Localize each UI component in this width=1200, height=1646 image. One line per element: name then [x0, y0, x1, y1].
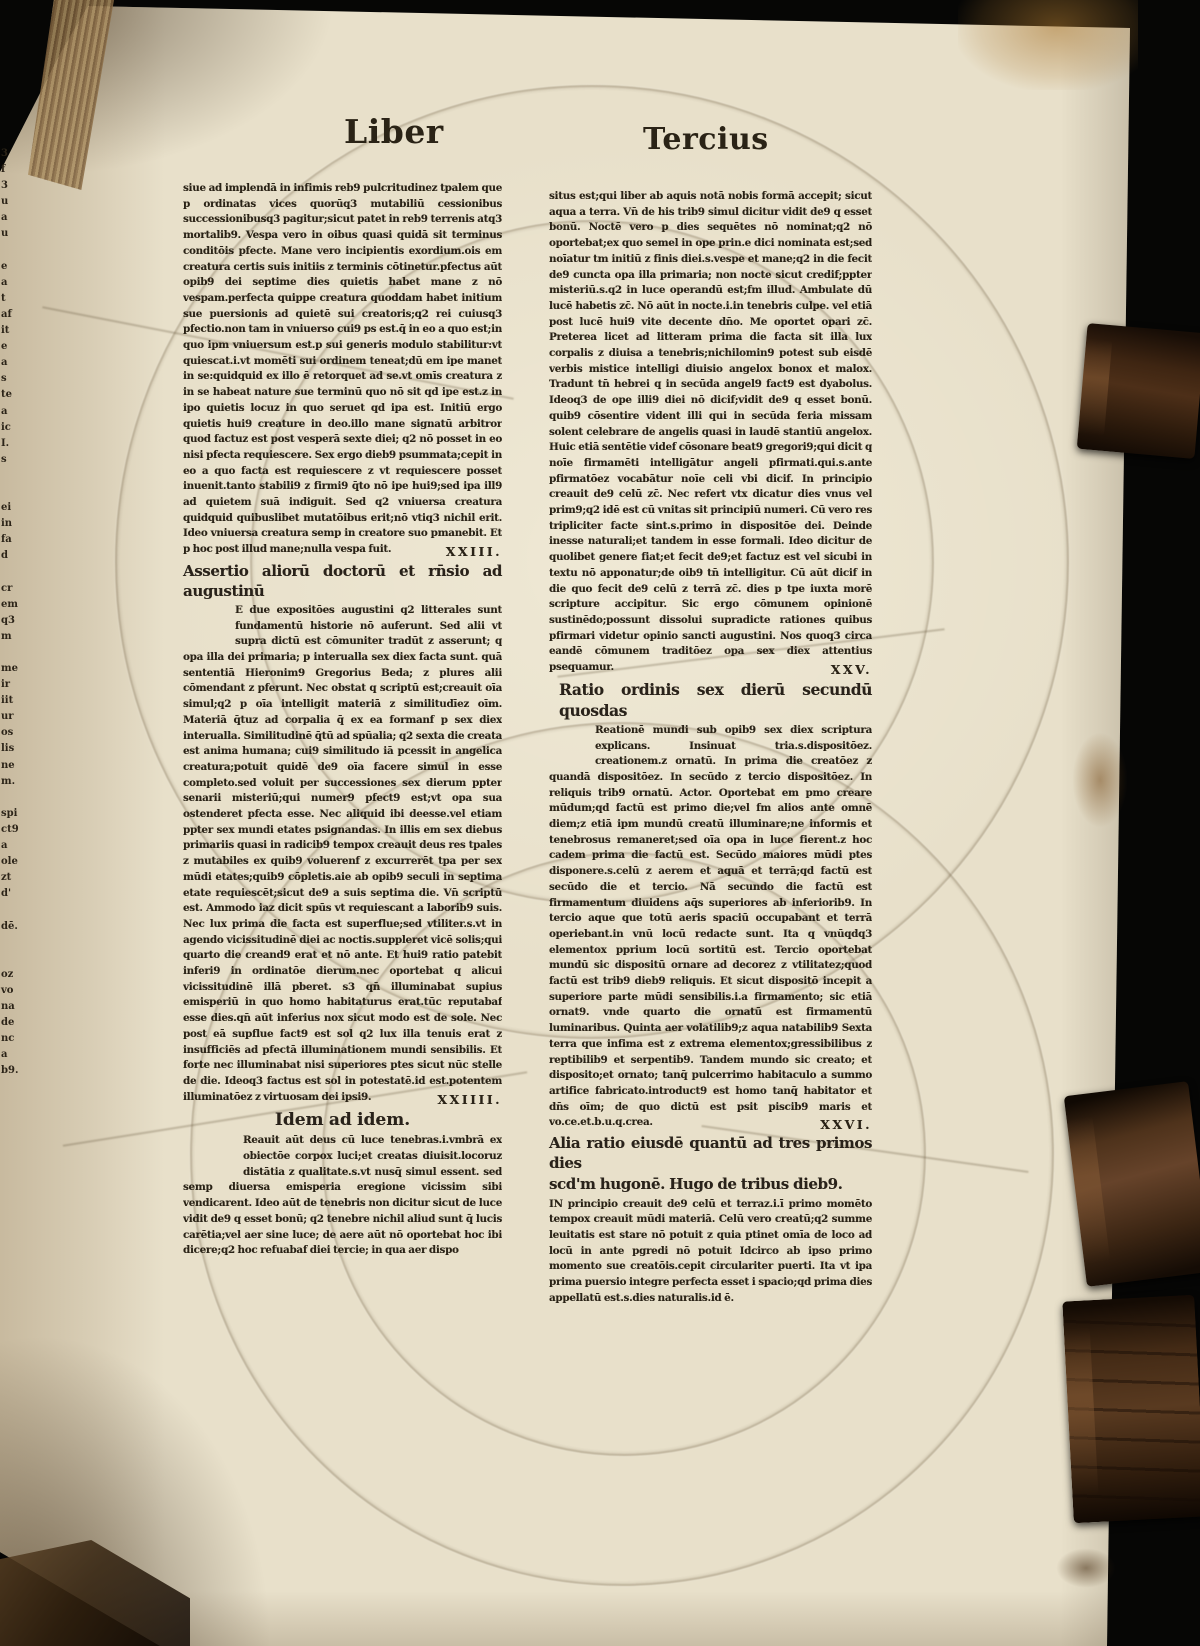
chapter-number-xxiiii: XXIIII. [437, 1092, 502, 1108]
facing-page-edge-text: 3 f 3 u a u e a t af it e a s te a ic I.… [1, 146, 19, 1079]
chapter-number-xxv: XXV. [831, 662, 872, 678]
running-head-liber: Liber [344, 112, 444, 151]
paragraph: E due expositōes augustini q2 litterales… [183, 603, 502, 1108]
initial-letter-space [549, 723, 595, 770]
chapter-number-xxvi: XXVI. [820, 1117, 872, 1133]
section-heading-alia-ratio-line2: scd'm hugonē. Hugo de tribus dieb9. [549, 1175, 872, 1195]
paragraph-continuation: situs est;qui liber ab aquis notā nobis … [549, 189, 872, 678]
section-heading-ratio-ordinis: Ratio ordinis sex dierū secundū quosdas [549, 679, 872, 721]
section-heading-alia-ratio-line1: Alia ratio eiusdē quantū ad tres primos … [549, 1134, 872, 1173]
paragraph-text: siue ad implendā in infimis reb9 pulcrit… [183, 182, 502, 555]
paragraph-text: Reationē mundi sub opib9 sex diex script… [549, 724, 872, 1129]
section-heading-idem-ad-idem: Idem ad idem. [183, 1109, 502, 1131]
chapter-number-xxiii: XXIII. [446, 544, 502, 560]
paragraph-text: IN principio creauit de9 celū et terraz.… [549, 1198, 872, 1304]
section-heading-assertio: Assertio aliorū doctorū et rn̄sio ad aug… [183, 561, 502, 601]
book-photograph: 3 f 3 u a u e a t af it e a s te a ic I.… [0, 0, 1200, 1646]
paragraph: Reauit aūt deus cū luce tenebras.i.vmbrā… [183, 1133, 502, 1259]
paragraph: IN principio creauit de9 celū et terraz.… [549, 1197, 872, 1307]
leather-strap-bottom [1062, 1295, 1200, 1524]
running-head-tercius: Tercius [643, 122, 769, 157]
paragraph-text: E due expositōes augustini q2 litterales… [183, 604, 502, 1103]
initial-letter-space [183, 603, 235, 650]
text-column-left: siue ad implendā in infimis reb9 pulcrit… [183, 181, 502, 1259]
paragraph-text: situs est;qui liber ab aquis notā nobis … [549, 190, 872, 673]
paragraph: Reationē mundi sub opib9 sex diex script… [549, 723, 872, 1133]
leather-strap-top [1077, 323, 1200, 459]
leather-strap-middle [1064, 1081, 1200, 1287]
text-column-right: situs est;qui liber ab aquis notā nobis … [549, 189, 872, 1307]
paragraph-continuation: siue ad implendā in infimis reb9 pulcrit… [183, 181, 502, 560]
initial-letter-space [183, 1133, 243, 1180]
